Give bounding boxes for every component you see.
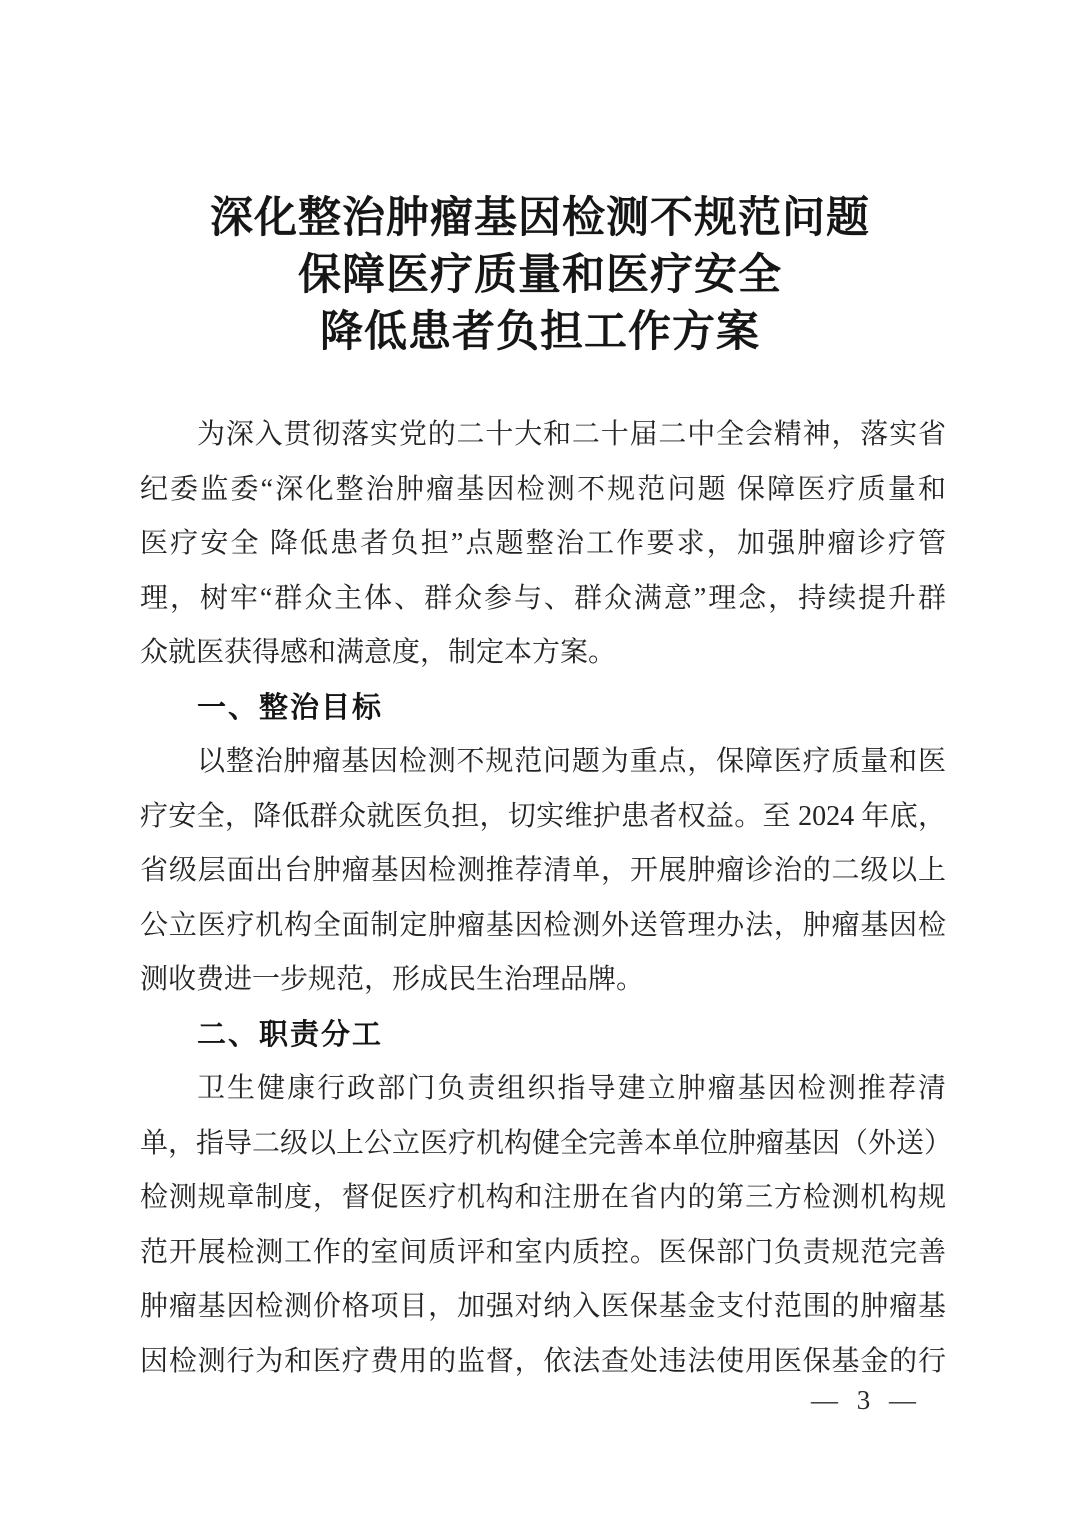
body-line: 检测规章制度，督促医疗机构和注册在省内的第三方检测机构规 bbox=[140, 1171, 946, 1226]
document-body: 为深入贯彻落实党的二十大和二十届二中全会精神，落实省纪委监委“深化整治肿瘤基因检… bbox=[140, 408, 946, 1389]
body-line: 疗安全，降低群众就医负担，切实维护患者权益。至 2024 年底， bbox=[140, 790, 946, 845]
document-page: 深化整治肿瘤基因检测不规范问题 保障医疗质量和医疗安全 降低患者负担工作方案 为… bbox=[0, 0, 1080, 1527]
body-line: 省级层面出台肿瘤基因检测推荐清单，开展肿瘤诊治的二级以上 bbox=[140, 844, 946, 899]
body-line: 理，树牢“群众主体、群众参与、群众满意”理念，持续提升群 bbox=[140, 572, 946, 627]
section-heading: 一、整治目标 bbox=[140, 681, 946, 736]
body-line: 肿瘤基因检测价格项目，加强对纳入医保基金支付范围的肿瘤基 bbox=[140, 1280, 946, 1335]
body-line: 测收费进一步规范，形成民生治理品牌。 bbox=[140, 953, 946, 1008]
body-line: 医疗安全 降低患者负担”点题整治工作要求，加强肿瘤诊疗管 bbox=[140, 517, 946, 572]
body-line: 公立医疗机构全面制定肿瘤基因检测外送管理办法，肿瘤基因检 bbox=[140, 899, 946, 954]
body-line: 单，指导二级以上公立医疗机构健全完善本单位肿瘤基因（外送） bbox=[140, 1117, 946, 1172]
body-line: 为深入贯彻落实党的二十大和二十届二中全会精神，落实省 bbox=[140, 408, 946, 463]
body-line: 众就医获得感和满意度，制定本方案。 bbox=[140, 626, 946, 681]
section-heading: 二、职责分工 bbox=[140, 1008, 946, 1063]
body-line: 因检测行为和医疗费用的监督，依法查处违法使用医保基金的行 bbox=[140, 1335, 946, 1390]
body-line: 范开展检测工作的室间质评和室内质控。医保部门负责规范完善 bbox=[140, 1226, 946, 1281]
title-line-1: 深化整治肿瘤基因检测不规范问题 bbox=[0, 190, 1080, 247]
body-line: 纪委监委“深化整治肿瘤基因检测不规范问题 保障医疗质量和 bbox=[140, 463, 946, 518]
title-line-2: 保障医疗质量和医疗安全 bbox=[0, 247, 1080, 304]
document-title: 深化整治肿瘤基因检测不规范问题 保障医疗质量和医疗安全 降低患者负担工作方案 bbox=[0, 190, 1080, 361]
title-line-3: 降低患者负担工作方案 bbox=[0, 304, 1080, 361]
body-line: 卫生健康行政部门负责组织指导建立肿瘤基因检测推荐清 bbox=[140, 1062, 946, 1117]
page-number: — 3 — bbox=[811, 1385, 922, 1416]
body-line: 以整治肿瘤基因检测不规范问题为重点，保障医疗质量和医 bbox=[140, 735, 946, 790]
